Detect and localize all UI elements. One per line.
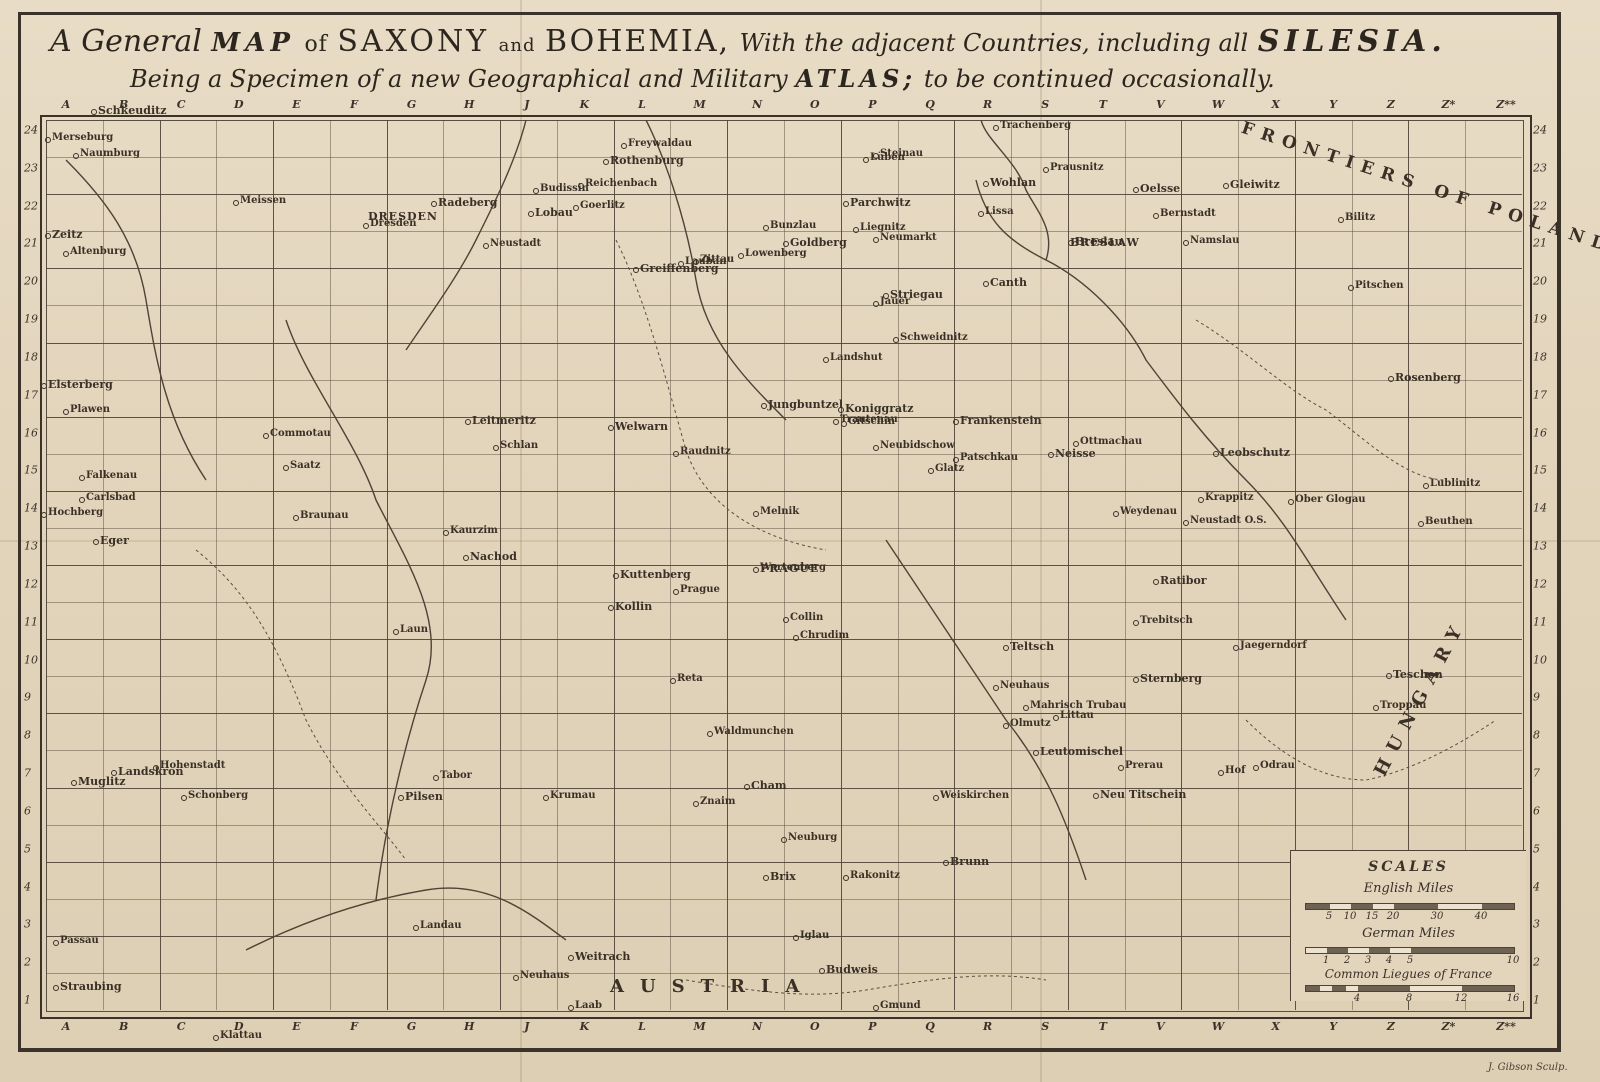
town-marker-icon — [863, 157, 869, 163]
town-marker-icon — [513, 975, 519, 981]
france-leagues-ticks: 481216 — [1305, 993, 1513, 1005]
town-marker-icon — [463, 555, 469, 561]
city-label: Braunau — [300, 510, 349, 521]
city-label: Bernstadt — [1160, 208, 1216, 219]
title-silesia: SILESIA. — [1258, 24, 1447, 59]
city-label: Lowenberg — [745, 248, 807, 259]
town-marker-icon — [943, 860, 949, 866]
city-label: Sternberg — [1140, 672, 1202, 685]
town-marker-icon — [783, 617, 789, 623]
city-label: Oelsse — [1140, 182, 1180, 195]
scale-tick: 10 — [1507, 955, 1520, 966]
town-marker-icon — [761, 403, 767, 409]
scale-tick: 30 — [1431, 911, 1444, 922]
row-number: 16 — [1533, 426, 1547, 439]
town-marker-icon — [983, 281, 989, 287]
row-number: 20 — [1533, 275, 1547, 288]
town-marker-icon — [753, 511, 759, 517]
town-marker-icon — [978, 211, 984, 217]
column-letters-top: ABCDEFGHJKLMNOPQRSTVWXYZZ*Z** — [46, 98, 1522, 114]
row-number: 3 — [1533, 918, 1540, 931]
city-label: Schonberg — [188, 790, 248, 801]
town-marker-icon — [673, 589, 679, 595]
row-number: 16 — [24, 426, 38, 439]
city-label: Leobschutz — [1220, 446, 1290, 459]
city-label: Cham — [751, 779, 787, 792]
city-label: Prague — [680, 584, 720, 595]
column-letter: F — [350, 98, 358, 111]
city-label: Reichenbach — [585, 178, 657, 189]
town-marker-icon — [793, 935, 799, 941]
title-text: of — [304, 32, 327, 57]
town-marker-icon — [1113, 511, 1119, 517]
column-letter: J — [524, 1020, 529, 1033]
city-label: Jaegerndorf — [1240, 640, 1307, 651]
row-number: 4 — [1533, 880, 1540, 893]
row-number: 14 — [1533, 502, 1547, 515]
city-label: Frankenstein — [960, 414, 1042, 427]
grid-line — [46, 417, 1522, 418]
row-number: 1 — [1533, 994, 1540, 1007]
city-label: Rosenberg — [1395, 371, 1461, 384]
scale-tick: 40 — [1475, 911, 1488, 922]
scale-tick: 15 — [1366, 911, 1379, 922]
map-sheet: A General MAP of SAXONY and BOHEMIA, Wit… — [0, 0, 1600, 1082]
column-letter: S — [1041, 1020, 1049, 1033]
city-label: Meissen — [240, 195, 286, 206]
town-marker-icon — [1183, 520, 1189, 526]
city-label: Landshut — [830, 352, 883, 363]
row-number: 7 — [1533, 767, 1540, 780]
town-marker-icon — [45, 137, 51, 143]
grid-line — [46, 454, 1522, 455]
town-marker-icon — [1218, 770, 1224, 776]
city-label: Krumau — [550, 790, 596, 801]
row-number: 15 — [24, 464, 38, 477]
city-label: Teschen — [1393, 668, 1443, 681]
city-label: Odrau — [1260, 760, 1295, 771]
town-marker-icon — [1348, 285, 1354, 291]
city-label: Carlsbad — [86, 492, 136, 503]
city-label: Trautenau — [840, 414, 898, 425]
row-numbers-left: 242322212019181716151413121110987654321 — [24, 120, 44, 1010]
column-letter: Z** — [1496, 1020, 1516, 1033]
city-label: Bilitz — [1345, 212, 1375, 223]
city-label: Plawen — [70, 404, 110, 415]
town-marker-icon — [91, 109, 97, 115]
town-marker-icon — [853, 227, 859, 233]
grid-line — [46, 825, 1522, 826]
column-letter: C — [177, 98, 186, 111]
column-letter: Z* — [1441, 1020, 1455, 1033]
column-letter: O — [810, 1020, 820, 1033]
plate-border-bottom — [18, 1048, 1560, 1052]
city-label: Weiskirchen — [940, 790, 1009, 801]
town-marker-icon — [79, 497, 85, 503]
row-number: 18 — [24, 350, 38, 363]
town-marker-icon — [744, 784, 750, 790]
town-marker-icon — [1133, 620, 1139, 626]
grid-line — [46, 268, 1522, 269]
city-label: Kaurzim — [450, 525, 498, 536]
column-letter: K — [580, 98, 590, 111]
city-label: Neubidschow — [880, 440, 955, 451]
grid-line — [46, 343, 1522, 344]
scale-tick: 1 — [1323, 955, 1329, 966]
city-label: Ottmachau — [1080, 436, 1142, 447]
city-label: Kuttenberg — [620, 568, 691, 581]
city-label: Muglitz — [78, 775, 126, 788]
city-label: Krappitz — [1205, 492, 1254, 503]
town-marker-icon — [41, 512, 47, 518]
town-marker-icon — [838, 407, 844, 413]
row-number: 13 — [1533, 540, 1547, 553]
row-number: 2 — [1533, 956, 1540, 969]
town-marker-icon — [873, 445, 879, 451]
town-marker-icon — [1418, 521, 1424, 527]
row-number: 7 — [24, 767, 31, 780]
town-marker-icon — [983, 181, 989, 187]
column-letter: Y — [1329, 98, 1337, 111]
city-label: Radeberg — [438, 196, 497, 209]
row-number: 6 — [1533, 804, 1540, 817]
town-marker-icon — [1388, 376, 1394, 382]
town-marker-icon — [1023, 705, 1029, 711]
town-marker-icon — [443, 530, 449, 536]
town-marker-icon — [1153, 579, 1159, 585]
town-marker-icon — [819, 968, 825, 974]
row-number: 23 — [24, 161, 38, 174]
city-label: Kollin — [615, 600, 652, 613]
town-marker-icon — [1338, 217, 1344, 223]
town-marker-icon — [543, 795, 549, 801]
city-label: Rakonitz — [850, 870, 900, 881]
town-marker-icon — [413, 925, 419, 931]
title-text: and — [499, 35, 536, 56]
scales-legend: SCALES English Miles 51015203040 German … — [1290, 850, 1526, 1001]
town-marker-icon — [573, 205, 579, 211]
town-marker-icon — [63, 409, 69, 415]
town-marker-icon — [263, 433, 269, 439]
town-marker-icon — [493, 445, 499, 451]
town-marker-icon — [53, 985, 59, 991]
city-label: Zittau — [700, 254, 734, 265]
row-number: 15 — [1533, 464, 1547, 477]
city-label: Budweis — [826, 963, 878, 976]
row-number: 21 — [1533, 237, 1547, 250]
town-marker-icon — [1003, 645, 1009, 651]
grid-line — [46, 305, 1522, 306]
row-number: 11 — [1533, 615, 1547, 628]
town-marker-icon — [793, 635, 799, 641]
column-letter: R — [983, 1020, 992, 1033]
city-label: Raudnitz — [680, 446, 731, 457]
city-label: Commotau — [270, 428, 331, 439]
row-number: 4 — [24, 880, 31, 893]
row-number: 5 — [24, 842, 31, 855]
column-letter: H — [464, 1020, 474, 1033]
city-label-breslaw: BRESLAW — [1070, 236, 1140, 249]
town-marker-icon — [693, 259, 699, 265]
city-label: Gleiwitz — [1230, 178, 1280, 191]
town-marker-icon — [608, 425, 614, 431]
column-letter: S — [1041, 98, 1049, 111]
town-marker-icon — [753, 567, 759, 573]
town-marker-icon — [873, 153, 879, 159]
town-marker-icon — [783, 241, 789, 247]
map-title: A General MAP of SAXONY and BOHEMIA, Wit… — [50, 24, 1540, 59]
row-number: 10 — [1533, 653, 1547, 666]
region-label-austria: AUSTRIA — [610, 976, 815, 997]
town-marker-icon — [1223, 183, 1229, 189]
city-label: Glatz — [935, 463, 964, 474]
column-letter: Q — [925, 1020, 935, 1033]
town-marker-icon — [993, 685, 999, 691]
column-letter: J — [524, 98, 529, 111]
column-letter: P — [868, 1020, 876, 1033]
city-label: Tabor — [440, 770, 472, 781]
column-letter: V — [1156, 98, 1165, 111]
city-label: Naumburg — [80, 148, 140, 159]
grid-line — [46, 750, 1522, 751]
city-label: Rothenburg — [610, 154, 684, 167]
row-number: 21 — [24, 237, 38, 250]
grid-line — [46, 676, 1522, 677]
town-marker-icon — [883, 293, 889, 299]
column-letter: E — [292, 1020, 300, 1033]
row-number: 19 — [24, 313, 38, 326]
town-marker-icon — [293, 515, 299, 521]
city-label: Bunzlau — [770, 220, 816, 231]
scale-tick: 4 — [1354, 993, 1360, 1004]
city-label: Striegau — [890, 288, 943, 301]
column-letter: V — [1156, 1020, 1165, 1033]
town-marker-icon — [823, 357, 829, 363]
city-label: Neu Titschein — [1100, 788, 1186, 801]
scale-tick: 5 — [1326, 911, 1332, 922]
town-marker-icon — [1003, 723, 1009, 729]
row-number: 23 — [1533, 161, 1547, 174]
column-letter: O — [810, 98, 820, 111]
column-letter: P — [868, 98, 876, 111]
city-label: Lissa — [985, 206, 1014, 217]
row-number: 19 — [1533, 313, 1547, 326]
title-map-word: MAP — [211, 28, 295, 58]
column-letter: F — [350, 1020, 358, 1033]
city-label: Brix — [770, 870, 796, 883]
column-letter: N — [752, 1020, 762, 1033]
town-marker-icon — [763, 225, 769, 231]
column-letter: T — [1099, 98, 1107, 111]
grid-line — [46, 528, 1522, 529]
row-number: 14 — [24, 502, 38, 515]
town-marker-icon — [71, 780, 77, 786]
column-letter: N — [752, 98, 762, 111]
map-subtitle: Being a Specimen of a new Geographical a… — [130, 64, 1430, 93]
city-label: Altenburg — [70, 246, 126, 257]
town-marker-icon — [433, 775, 439, 781]
city-label: Neisse — [1055, 447, 1096, 460]
town-marker-icon — [670, 678, 676, 684]
city-label: Hohenstadt — [160, 760, 225, 771]
city-label: Prerau — [1125, 760, 1163, 771]
plate-border-top — [18, 12, 1560, 15]
city-label: Laab — [575, 1000, 602, 1011]
row-number: 3 — [24, 918, 31, 931]
town-marker-icon — [45, 233, 51, 239]
town-marker-icon — [833, 419, 839, 425]
english-miles-bar — [1305, 903, 1515, 910]
town-marker-icon — [1183, 240, 1189, 246]
scale-tick: 4 — [1386, 955, 1392, 966]
town-marker-icon — [363, 223, 369, 229]
city-label: Pilsen — [405, 790, 443, 803]
town-marker-icon — [673, 451, 679, 457]
city-label: Neustadt — [490, 238, 541, 249]
town-marker-icon — [633, 267, 639, 273]
city-label: Wohlan — [990, 176, 1036, 189]
grid-line — [46, 231, 1522, 232]
title-text: A General — [50, 24, 202, 59]
town-marker-icon — [1133, 677, 1139, 683]
town-marker-icon — [283, 465, 289, 471]
row-number: 12 — [1533, 577, 1547, 590]
city-label: Nachod — [470, 550, 517, 563]
city-label: Lobau — [535, 206, 573, 219]
town-marker-icon — [873, 301, 879, 307]
city-label: Saatz — [290, 460, 320, 471]
town-marker-icon — [873, 237, 879, 243]
city-label: Neustadt O.S. — [1190, 515, 1267, 526]
town-marker-icon — [613, 573, 619, 579]
scale-tick: 10 — [1344, 911, 1357, 922]
row-number: 22 — [24, 199, 38, 212]
town-marker-icon — [1233, 645, 1239, 651]
german-miles-ticks: 1234510 — [1305, 955, 1513, 967]
town-marker-icon — [1386, 673, 1392, 679]
town-marker-icon — [953, 419, 959, 425]
city-label: Parchwitz — [850, 196, 911, 209]
column-letter: T — [1099, 1020, 1107, 1033]
city-label: Gmund — [880, 1000, 921, 1011]
town-marker-icon — [893, 337, 899, 343]
city-label: Eger — [100, 534, 129, 547]
city-label: Falkenau — [86, 470, 137, 481]
english-miles-ticks: 51015203040 — [1305, 911, 1513, 923]
city-label: Neuhaus — [520, 970, 569, 981]
city-label: Schkeuditz — [98, 104, 166, 117]
column-letter: L — [638, 1020, 646, 1033]
row-number: 17 — [1533, 388, 1547, 401]
town-marker-icon — [578, 183, 584, 189]
city-label: Mahrisch Trubau — [1030, 700, 1126, 711]
city-label: Canth — [990, 276, 1027, 289]
town-marker-icon — [993, 125, 999, 131]
town-marker-icon — [738, 253, 744, 259]
city-label: Hochberg — [48, 507, 103, 518]
city-label: Laun — [400, 624, 428, 635]
city-label: Neumarkt — [880, 232, 937, 243]
town-marker-icon — [603, 159, 609, 165]
city-label: Neuburg — [788, 832, 837, 843]
city-label: Iglau — [800, 930, 829, 941]
city-label: Leutomischel — [1040, 745, 1123, 758]
town-marker-icon — [843, 875, 849, 881]
plate-border-left — [18, 12, 21, 1052]
grid-line — [46, 380, 1522, 381]
city-label: Freywaldau — [628, 138, 692, 149]
column-letter: A — [62, 1020, 71, 1033]
row-number: 22 — [1533, 199, 1547, 212]
town-marker-icon — [1373, 705, 1379, 711]
town-marker-icon — [707, 731, 713, 737]
scales-title: SCALES — [1291, 859, 1526, 875]
city-label: Weitrach — [575, 950, 630, 963]
column-letter: L — [638, 98, 646, 111]
scale-tick: 16 — [1507, 993, 1520, 1004]
row-number: 9 — [1533, 691, 1540, 704]
city-label: Namslau — [1190, 235, 1239, 246]
column-letter: W — [1212, 98, 1224, 111]
city-label: Hof — [1225, 765, 1245, 776]
city-label: Straubing — [60, 980, 122, 993]
column-letter: M — [694, 98, 706, 111]
town-marker-icon — [568, 955, 574, 961]
column-letter: M — [694, 1020, 706, 1033]
town-marker-icon — [483, 243, 489, 249]
city-label: Waldmunchen — [714, 726, 794, 737]
town-marker-icon — [781, 837, 787, 843]
city-label: Jungbuntzel — [768, 398, 843, 411]
town-marker-icon — [1033, 750, 1039, 756]
scale-tick: 5 — [1407, 955, 1413, 966]
town-marker-icon — [1253, 765, 1259, 771]
city-label: Znaim — [700, 796, 735, 807]
row-number: 8 — [24, 729, 31, 742]
town-marker-icon — [621, 143, 627, 149]
city-label: Schweidnitz — [900, 332, 968, 343]
plate-border-right — [1557, 12, 1561, 1052]
city-label: Patschkau — [960, 452, 1018, 463]
town-marker-icon — [1093, 793, 1099, 799]
town-marker-icon — [1213, 451, 1219, 457]
city-label: Zeitz — [52, 228, 83, 241]
city-label: Neuhaus — [1000, 680, 1049, 691]
subtitle-text: to be continued occasionally. — [924, 65, 1275, 93]
town-marker-icon — [398, 795, 404, 801]
town-marker-icon — [79, 475, 85, 481]
subtitle-text: Being a Specimen of a new Geographical a… — [130, 65, 788, 93]
column-letter: Z — [1387, 98, 1395, 111]
city-label: Chrudim — [800, 630, 849, 641]
column-letter: Q — [925, 98, 935, 111]
city-label: Schlan — [500, 440, 538, 451]
city-label: Elsterberg — [48, 378, 113, 391]
city-label: Merseburg — [52, 132, 113, 143]
subtitle-atlas: ATLAS; — [795, 64, 916, 93]
city-label: Passau — [60, 935, 99, 946]
city-label: Ratibor — [1160, 574, 1207, 587]
row-number: 10 — [24, 653, 38, 666]
city-label: Goerlitz — [580, 200, 625, 211]
city-label-prague: PRAGUE — [760, 562, 819, 575]
english-miles-label: English Miles — [1291, 881, 1526, 896]
city-label: Trachenberg — [1000, 120, 1071, 131]
scale-tick: 2 — [1344, 955, 1350, 966]
scale-tick: 8 — [1406, 993, 1412, 1004]
column-letter: E — [292, 98, 300, 111]
city-label: Brunn — [950, 855, 989, 868]
